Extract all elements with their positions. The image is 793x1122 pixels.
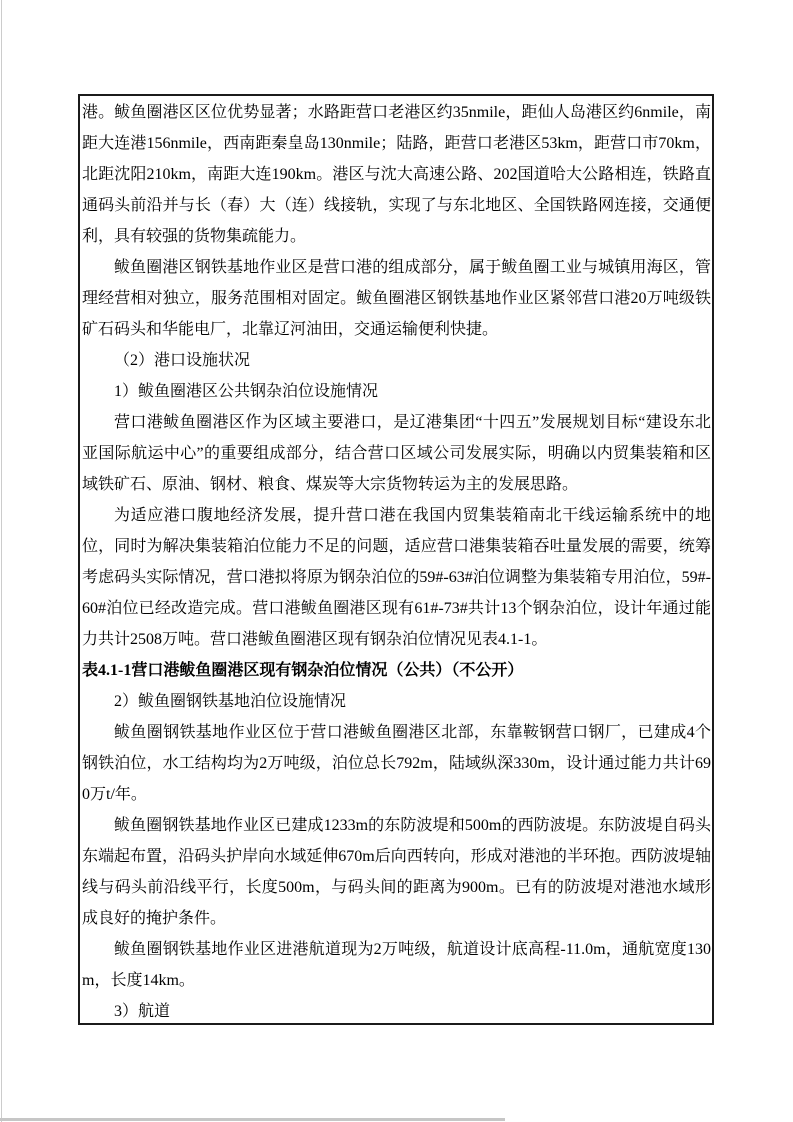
table-caption-4-1-1: 表4.1-1营口港鲅鱼圈港区现有钢杂泊位情况（公共）（不公开） [82,655,711,686]
subheading-channel: 3）航道 [82,996,711,1025]
para-channel-details: 鲅鱼圈钢铁基地作业区进港航道现为2万吨级，航道设计底高程-11.0m，通航宽度1… [82,934,711,996]
para-steel-base-berth-details: 鲅鱼圈钢铁基地作业区位于营口港鲅鱼圈港区北部，东靠鞍钢营口钢厂，已建成4个钢铁泊… [82,717,711,810]
para-steel-base-overview: 鲅鱼圈港区钢铁基地作业区是营口港的组成部分，属于鲅鱼圈工业与城镇用海区，管理经营… [82,252,711,345]
para-berth-adjustment: 为适应港口腹地经济发展，提升营口港在我国内贸集装箱南北干线运输系统中的地位，同时… [82,500,711,655]
report-text-cell: 港。鲅鱼圈港区区位优势显著；水路距营口老港区约35nmile，距仙人岛港区约6n… [78,94,714,1025]
subheading-steel-base-berths: 2）鲅鱼圈钢铁基地泊位设施情况 [82,686,711,717]
heading-port-facilities: （2）港口设施状况 [82,345,711,376]
para-breakwater-details: 鲅鱼圈钢铁基地作业区已建成1233m的东防波堤和500m的西防波堤。东防波堤自码… [82,810,711,934]
scan-edge-artifact-left [1,0,2,1122]
para-port-development-plan: 营口港鲅鱼圈港区作为区域主要港口，是辽港集团“十四五”发展规划目标“建设东北亚国… [82,407,711,500]
subheading-public-steel-berths: 1）鲅鱼圈港区公共钢杂泊位设施情况 [82,376,711,407]
para-port-location-advantages: 港。鲅鱼圈港区区位优势显著；水路距营口老港区约35nmile，距仙人岛港区约6n… [82,97,711,252]
scan-edge-artifact-bottom [0,1118,505,1121]
